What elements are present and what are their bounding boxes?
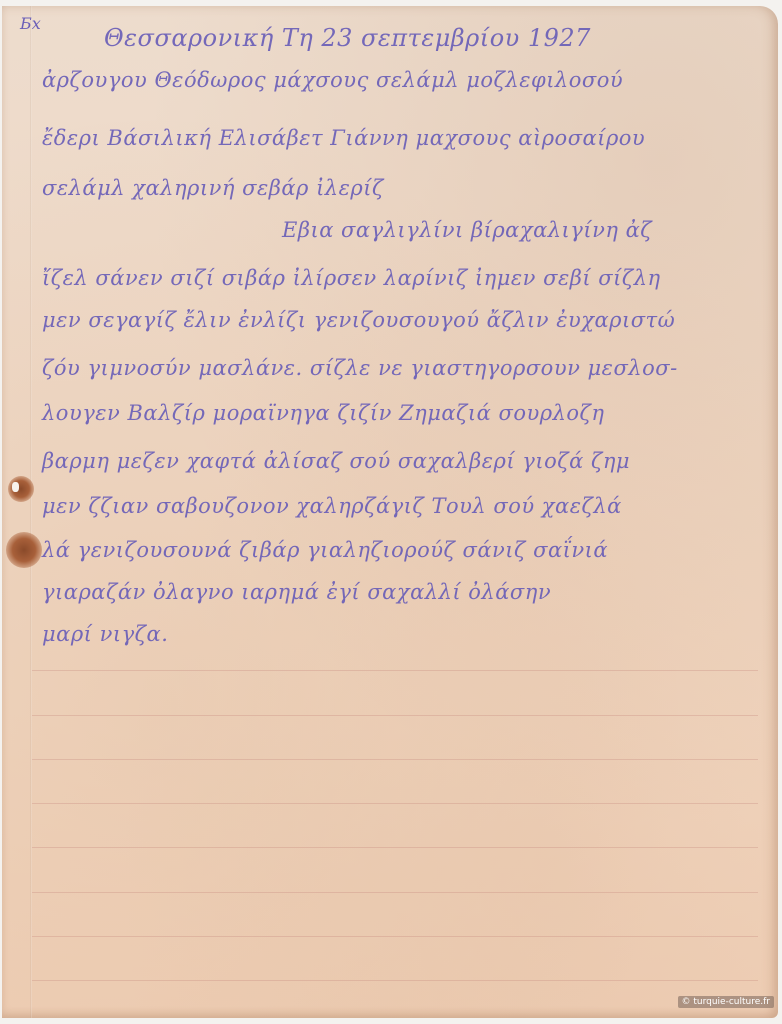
- text-line: γιαραζάν ὀλαγνο ιαρημά ἐγί σαχαλλί ὀλάση…: [42, 580, 551, 604]
- page-fold: [30, 6, 32, 1018]
- ruled-line: [32, 759, 758, 760]
- corner-mark: Бх: [20, 14, 41, 33]
- text-line: ἀρζουγου Θεόδωρος μάχσους σελάμλ μοζλεφι…: [42, 68, 623, 92]
- text-line: μαρί νιγζα.: [42, 622, 168, 646]
- binding-hole: [8, 476, 34, 502]
- text-line: βαρμη μεζεν χαφτά ἀλίσαζ σού σαχαλβερί γ…: [42, 449, 630, 473]
- text-line: ἴζελ σάνεν σιζί σιβάρ ἰλίρσεν λαρίνιζ ἰη…: [42, 266, 661, 290]
- ruled-line: [32, 803, 758, 804]
- letter-page: Бх Θεσσαρονική Τη 23 σεπτεμβρίου 1927 ἀρ…: [2, 6, 778, 1018]
- text-line: Εβια σαγλιγλίνι βίραχαλιγίνη ἀζ: [282, 218, 652, 242]
- text-line: μεν ζζιαν σαβουζονον χαληρζάγιζ Τουλ σού…: [42, 494, 622, 518]
- date-line: Θεσσαρονική Τη 23 σεπτεμβρίου 1927: [104, 24, 591, 52]
- text-line: μεν σεγαγίζ ἔλιν ἐνλίζι γενιζουσουγού ἄζ…: [42, 308, 675, 332]
- ruled-line: [32, 892, 758, 893]
- ruled-line: [32, 670, 758, 671]
- text-line: ἔδερι Βάσιλική Ελισάβετ Γιάννη μαχσους α…: [42, 126, 645, 150]
- ruled-line: [32, 715, 758, 716]
- text-line: λά γενιζουσουνά ζιβάρ γιαληζιορούζ σάνιζ…: [42, 538, 608, 562]
- ruled-line: [32, 847, 758, 848]
- text-line: σελάμλ χαληρινή σεβάρ ἰλερίζ: [42, 176, 384, 200]
- text-line: ζόυ γιμνοσύν μασλάνε. σίζλε νε γιαστηγορ…: [42, 356, 678, 380]
- ruled-line: [32, 980, 758, 981]
- copyright-watermark: © turquie-culture.fr: [678, 996, 775, 1008]
- ruled-line: [32, 936, 758, 937]
- binding-hole: [6, 532, 42, 568]
- text-line: λουγεν Βαλζίρ μοραϊνηγα ζιζίν Ζημαζιά σο…: [42, 401, 605, 425]
